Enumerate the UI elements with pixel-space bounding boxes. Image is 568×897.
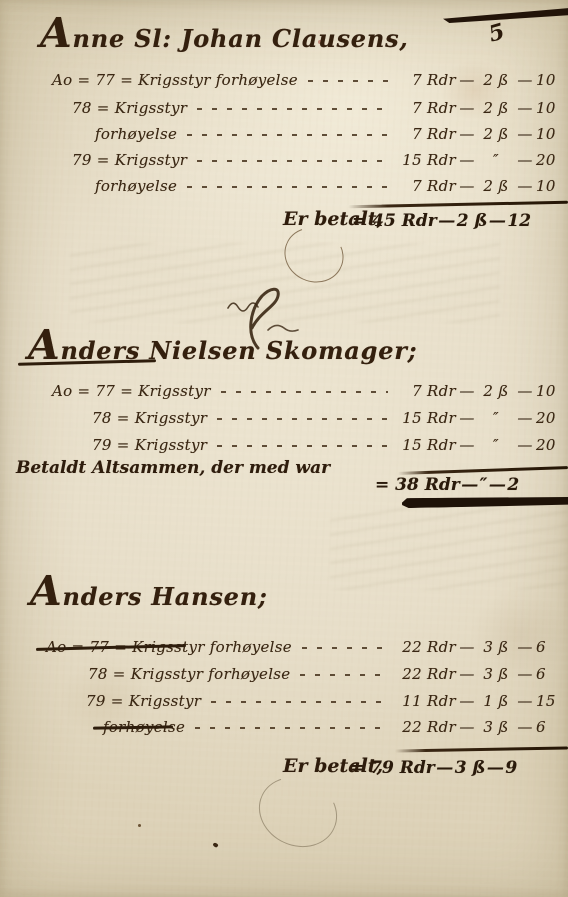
amount-ort: 2 ß <box>478 71 514 89</box>
dotted-leader <box>197 160 388 162</box>
amount-ort: 2 ß <box>457 211 488 231</box>
row-amount: 22 Rdr — 3 ß — 6 <box>398 638 564 656</box>
amount-rigsdaler: = 45 Rdr <box>352 211 437 231</box>
dash-separator: — <box>514 99 536 117</box>
row-label: Ao = 77 = Krigsstyr forhøyelse <box>52 71 298 89</box>
amount-ort: 1 ß <box>478 692 514 710</box>
total-amount: = 38 Rdr—″—2 <box>375 475 519 495</box>
account-heading: Anders Hansen; <box>30 582 268 611</box>
amount-rigsdaler: 7 Rdr <box>398 125 456 143</box>
dash-separator: — <box>460 475 480 495</box>
row-amount: 7 Rdr — 2 ß — 10 <box>398 71 564 89</box>
amount-rigsdaler: 11 Rdr <box>398 692 456 710</box>
amount-ort: 2 ß <box>478 177 514 195</box>
amount-rigsdaler: 22 Rdr <box>398 638 456 656</box>
ledger-row: 79 = Krigsstyr 11 Rdr — 1 ß — 15 <box>86 689 564 713</box>
dotted-leader <box>302 647 388 649</box>
row-amount: 7 Rdr — 2 ß — 10 <box>398 99 564 117</box>
row-amount: 11 Rdr — 1 ß — 15 <box>398 692 564 710</box>
dotted-leader <box>217 445 388 447</box>
amount-ort: 3 ß <box>478 665 514 683</box>
total-amount: = 79 Rdr—3 ß—9 <box>350 758 517 778</box>
ink-stroke <box>443 8 568 23</box>
amount-skilling: 20 <box>536 409 564 427</box>
amount-rigsdaler: = 79 Rdr <box>350 758 435 778</box>
dash-separator: — <box>456 99 478 117</box>
dotted-leader <box>217 418 388 420</box>
dash-separator: — <box>514 638 536 656</box>
dash-separator: — <box>456 409 478 427</box>
dash-separator: — <box>456 692 478 710</box>
total-label: Betaldt Altsammen, der med war <box>16 458 330 478</box>
amount-skilling: 6 <box>536 665 564 683</box>
dash-separator: — <box>456 151 478 169</box>
amount-skilling: 20 <box>536 151 564 169</box>
row-amount: 15 Rdr — ″ — 20 <box>398 151 564 169</box>
amount-skilling: 12 <box>507 211 531 231</box>
dash-separator: — <box>456 177 478 195</box>
dotted-leader <box>221 391 388 393</box>
row-amount: 7 Rdr — 2 ß — 10 <box>398 382 564 400</box>
dash-separator: — <box>456 718 478 736</box>
dotted-leader <box>187 186 388 188</box>
row-label: 79 = Krigsstyr <box>92 436 207 454</box>
dash-separator: — <box>514 151 536 169</box>
amount-skilling: 15 <box>536 692 564 710</box>
dash-separator: — <box>485 758 505 778</box>
dash-separator: — <box>487 475 507 495</box>
dotted-leader <box>187 134 388 136</box>
row-amount: 22 Rdr — 3 ß — 6 <box>398 665 564 683</box>
amount-rigsdaler: = 38 Rdr <box>375 475 460 495</box>
amount-ort: ″ <box>478 151 514 169</box>
amount-ort: ″ <box>480 475 488 495</box>
folio-page-number: 5 <box>486 18 508 47</box>
amount-rigsdaler: 15 Rdr <box>398 436 456 454</box>
ledger-row: 79 = Krigsstyr 15 Rdr — ″ — 20 <box>72 148 564 172</box>
dash-separator: — <box>456 125 478 143</box>
dash-separator: — <box>437 211 457 231</box>
amount-skilling: 2 <box>507 475 519 495</box>
amount-skilling: 10 <box>536 177 564 195</box>
ledger-row: Ao = 77 = Krigsstyr 7 Rdr — 2 ß — 10 <box>52 379 564 403</box>
dash-separator: — <box>514 177 536 195</box>
dash-separator: — <box>514 718 536 736</box>
dash-separator: — <box>514 665 536 683</box>
dash-separator: — <box>435 758 455 778</box>
amount-skilling: 10 <box>536 125 564 143</box>
amount-ort: 3 ß <box>478 638 514 656</box>
row-amount: 7 Rdr — 2 ß — 10 <box>398 125 564 143</box>
dotted-leader <box>211 701 388 703</box>
ledger-row: 78 = Krigsstyr 15 Rdr — ″ — 20 <box>92 406 564 430</box>
amount-skilling: 20 <box>536 436 564 454</box>
amount-rigsdaler: 7 Rdr <box>398 382 456 400</box>
row-label: 78 = Krigsstyr <box>92 409 207 427</box>
row-amount: 7 Rdr — 2 ß — 10 <box>398 177 564 195</box>
ledger-row: forhøyelse 7 Rdr — 2 ß — 10 <box>95 122 564 146</box>
dash-separator: — <box>456 382 478 400</box>
row-label: forhøyelse <box>95 177 177 195</box>
amount-skilling: 9 <box>505 758 517 778</box>
ledger-row: Ao = 77 = Krigsstyr forhøyelse 7 Rdr — 2… <box>52 68 564 92</box>
ledger-row: 79 = Krigsstyr 15 Rdr — ″ — 20 <box>92 433 564 457</box>
showthrough-ghost-writing <box>330 508 568 590</box>
amount-rigsdaler: 7 Rdr <box>398 99 456 117</box>
dash-separator: — <box>456 638 478 656</box>
row-label: 79 = Krigsstyr <box>86 692 201 710</box>
row-amount: 22 Rdr — 3 ß — 6 <box>398 718 564 736</box>
dotted-leader <box>195 727 388 729</box>
dotted-leader <box>308 80 388 82</box>
amount-ort: 2 ß <box>478 99 514 117</box>
amount-ort: 2 ß <box>478 125 514 143</box>
row-label: 78 = Krigsstyr forhøyelse <box>88 665 290 683</box>
dash-separator: — <box>514 71 536 89</box>
account-heading: Anne Sl: Johan Clausens, <box>40 24 409 53</box>
ledger-row: 78 = Krigsstyr forhøyelse 22 Rdr — 3 ß —… <box>88 662 564 686</box>
manuscript-ledger-page: 5 Anne Sl: Johan Clausens, Ao = 77 = Kri… <box>0 0 568 897</box>
total-amount: = 45 Rdr—2 ß—12 <box>352 211 531 231</box>
ledger-row: forhøyelse 7 Rdr — 2 ß — 10 <box>95 174 564 198</box>
amount-skilling: 10 <box>536 99 564 117</box>
ink-speck <box>138 824 141 827</box>
dash-separator: — <box>487 211 507 231</box>
ledger-row: 78 = Krigsstyr 7 Rdr — 2 ß — 10 <box>72 96 564 120</box>
amount-rigsdaler: 15 Rdr <box>398 409 456 427</box>
sum-rule-line <box>395 746 568 752</box>
dash-separator: — <box>514 436 536 454</box>
row-amount: 15 Rdr — ″ — 20 <box>398 436 564 454</box>
dash-separator: — <box>456 665 478 683</box>
dash-separator: — <box>514 125 536 143</box>
dash-separator: — <box>514 382 536 400</box>
row-label: forhøyelse <box>95 125 177 143</box>
amount-ort: ″ <box>478 409 514 427</box>
dash-separator: — <box>456 71 478 89</box>
amount-skilling: 10 <box>536 71 564 89</box>
heavy-ink-bar <box>402 496 568 508</box>
amount-ort: 3 ß <box>478 718 514 736</box>
dotted-leader <box>300 674 388 676</box>
amount-rigsdaler: 15 Rdr <box>398 151 456 169</box>
dotted-leader <box>197 108 388 110</box>
sum-rule-line <box>348 201 568 208</box>
amount-ort: 3 ß <box>455 758 486 778</box>
dash-separator: — <box>456 436 478 454</box>
amount-rigsdaler: 7 Rdr <box>398 177 456 195</box>
amount-skilling: 6 <box>536 638 564 656</box>
sum-rule-line <box>398 466 568 474</box>
amount-skilling: 6 <box>536 718 564 736</box>
amount-rigsdaler: 22 Rdr <box>398 665 456 683</box>
row-label: 78 = Krigsstyr <box>72 99 187 117</box>
amount-ort: ″ <box>478 436 514 454</box>
row-label: 79 = Krigsstyr <box>72 151 187 169</box>
ink-speck <box>212 842 218 848</box>
row-amount: 15 Rdr — ″ — 20 <box>398 409 564 427</box>
dash-separator: — <box>514 692 536 710</box>
amount-rigsdaler: 22 Rdr <box>398 718 456 736</box>
pencil-loop-flourish <box>248 765 349 860</box>
dash-separator: — <box>514 409 536 427</box>
amount-rigsdaler: 7 Rdr <box>398 71 456 89</box>
row-label: Ao = 77 = Krigsstyr <box>52 382 211 400</box>
amount-skilling: 10 <box>536 382 564 400</box>
amount-ort: 2 ß <box>478 382 514 400</box>
